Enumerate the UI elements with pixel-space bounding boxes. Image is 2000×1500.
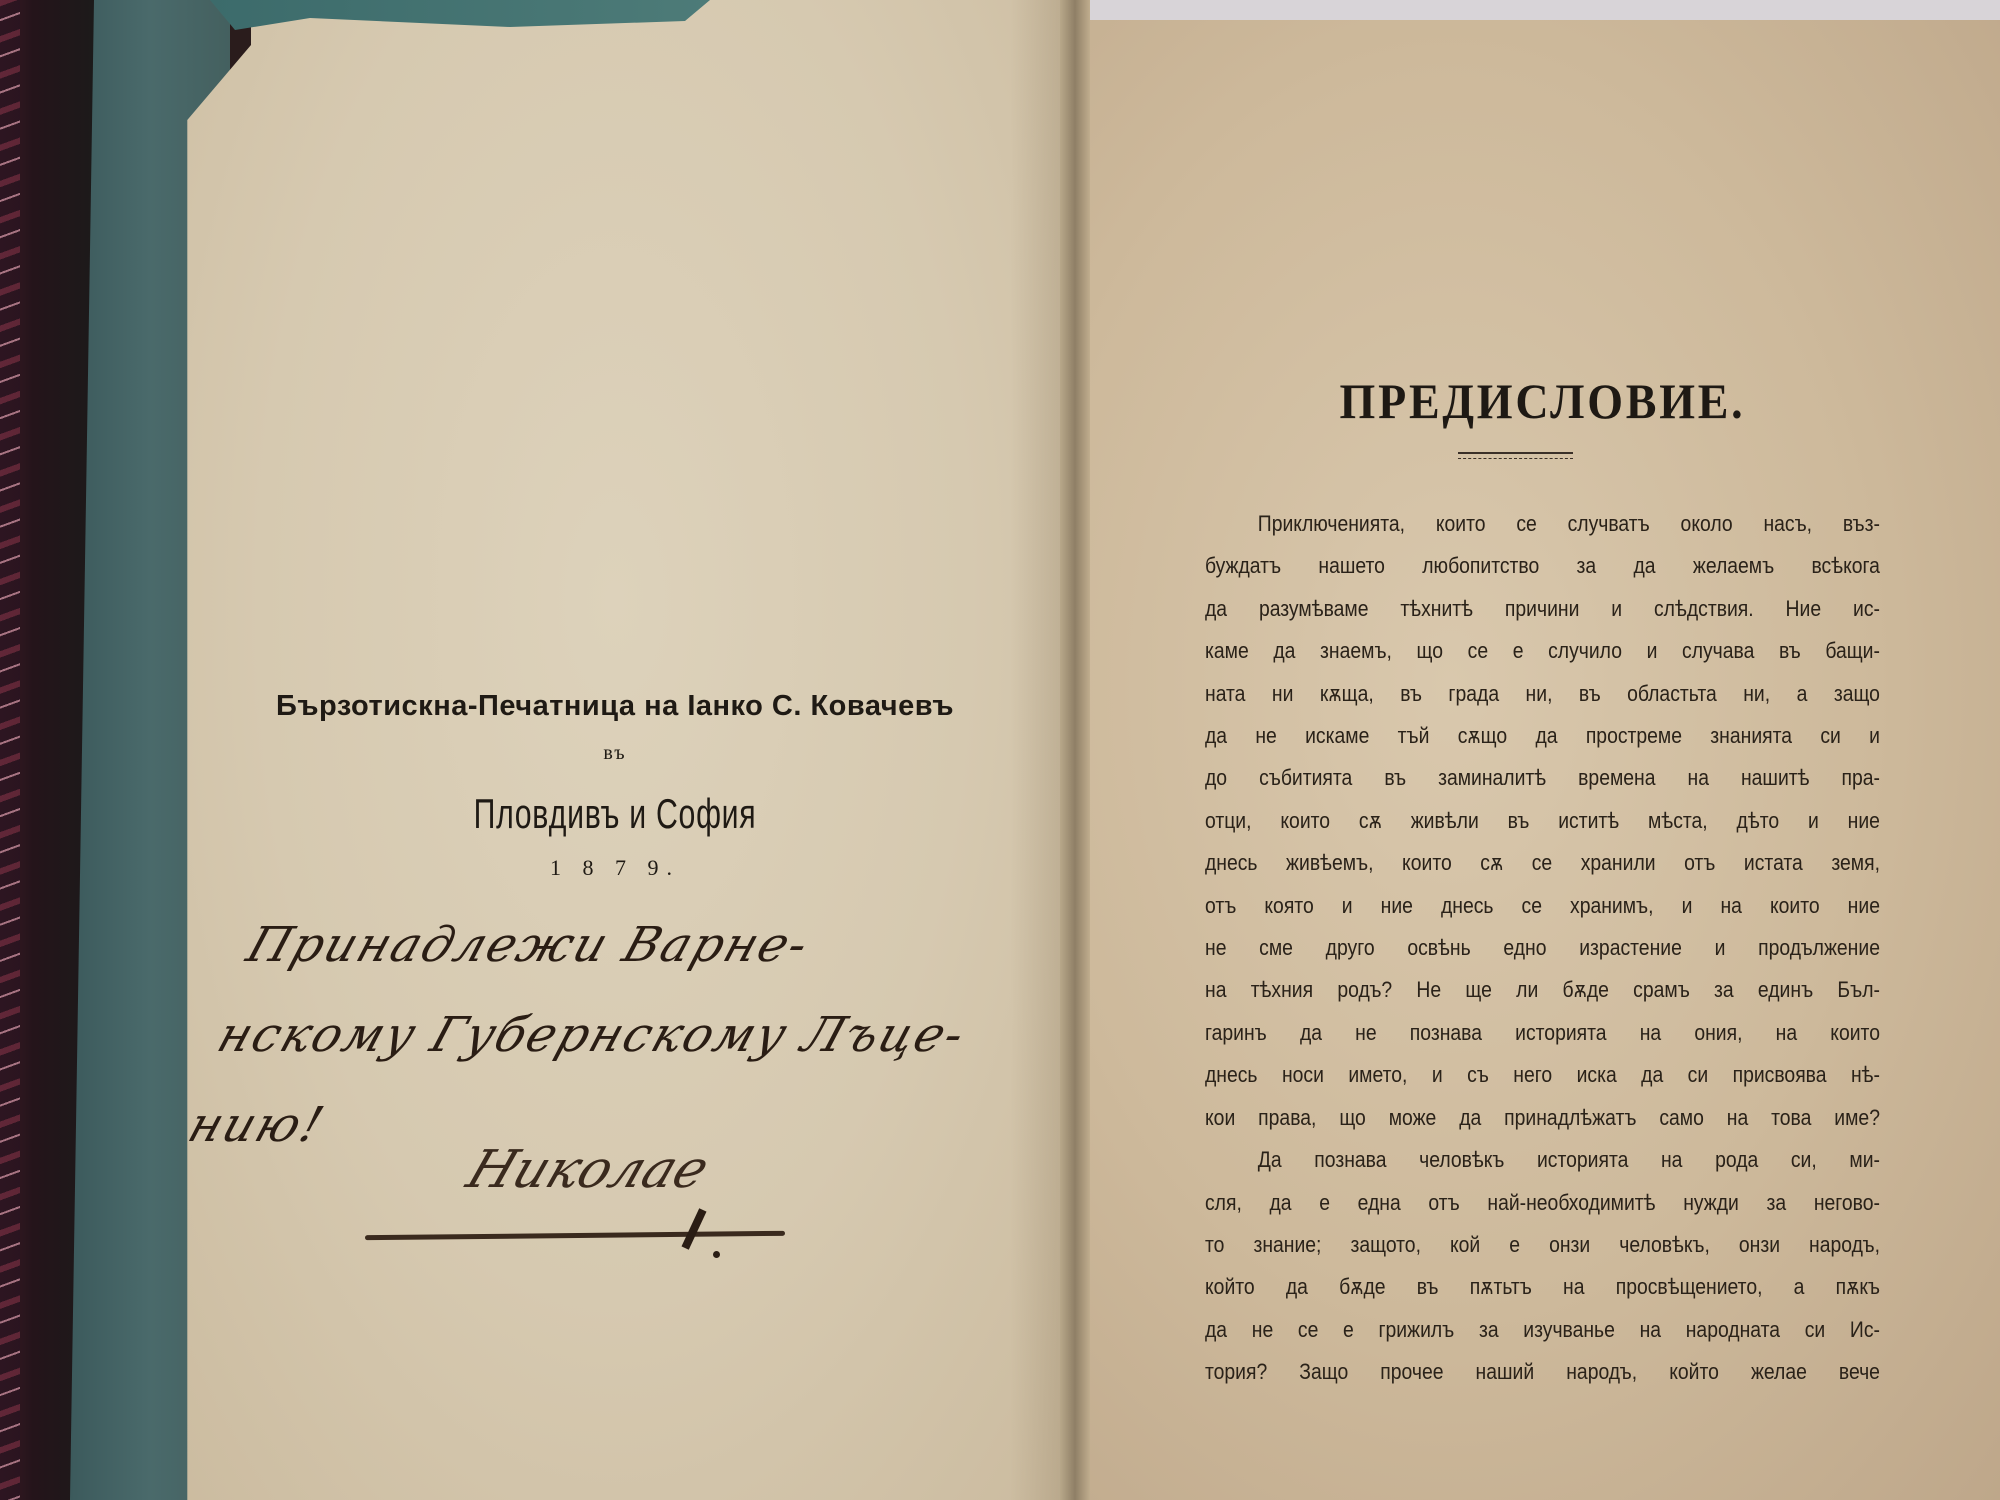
background-surface xyxy=(1085,0,2000,22)
preface-body: Приключенията, които се случватъ около н… xyxy=(1205,503,1799,1394)
text-line: не сме друго освѣнь едно израстение и пр… xyxy=(1205,927,1880,969)
text-line: Приключенията, които се случватъ около н… xyxy=(1205,503,1880,545)
text-line: на тѣхния родъ? Не ще ли бѫде срамъ за е… xyxy=(1205,969,1880,1011)
text-line: да разумѣваме тѣхнитѣ причини и слѣдстви… xyxy=(1205,588,1880,630)
signature: Николае xyxy=(459,1140,717,1200)
publication-year: 1 8 7 9. xyxy=(160,855,1070,881)
signature-dot xyxy=(713,1251,720,1258)
inscription-line: Принадлежи Варне- xyxy=(235,900,1124,990)
title-ornament xyxy=(1458,452,1573,459)
inscription-line: нскому Губернскому Лъце- xyxy=(205,990,1094,1080)
text-line: сля, да е една отъ най-необходимитѣ нужд… xyxy=(1205,1182,1880,1224)
publication-cities: Пловдивъ и София xyxy=(287,790,942,838)
preface-title: ПРЕДИСЛОВИЕ. xyxy=(1122,372,1964,430)
text-line: гаринъ да не познава историята на ония, … xyxy=(1205,1012,1880,1054)
text-line: ната ни кѫща, въ града ни, въ областьта … xyxy=(1205,673,1880,715)
text-line: то знание; защото, кой е онзи человѣкъ, … xyxy=(1205,1224,1880,1266)
handwritten-inscription: Принадлежи Варне- нскому Губернскому Лъц… xyxy=(176,900,1124,1170)
text-line: днесь носи името, и съ него иска да си п… xyxy=(1205,1054,1880,1096)
text-line: тория? Защо прочее наший народъ, който ж… xyxy=(1205,1351,1880,1393)
text-line: каме да знаемъ, що се е случило и случав… xyxy=(1205,630,1880,672)
text-line: който да бѫде въ пѫтьтъ на просвѣщението… xyxy=(1205,1266,1880,1308)
text-line: Да познава человѣкъ историята на рода си… xyxy=(1205,1139,1880,1181)
text-line: до събитията въ заминалитѣ времена на на… xyxy=(1205,757,1880,799)
text-line: днесь живѣемъ, които сѫ се хранили отъ и… xyxy=(1205,842,1880,884)
text-line: отъ която и ние днесь се хранимъ, и на к… xyxy=(1205,885,1880,927)
printer-name: Бързотискна-Печатница на Іанко С. Коваче… xyxy=(160,690,1070,723)
text-line: отци, които сѫ живѣли въ иститѣ мѣста, д… xyxy=(1205,800,1880,842)
text-line: кои права, що може да принадлѣжатъ само … xyxy=(1205,1097,1880,1139)
binding-pattern xyxy=(0,0,20,1500)
preposition: въ xyxy=(160,742,1070,765)
text-line: буждатъ нашето любопитство за да желаемъ… xyxy=(1205,545,1880,587)
text-line: да не се е грижилъ за изучванье на народ… xyxy=(1205,1309,1880,1351)
text-line: да не искаме тъй сѫщо да простреме знани… xyxy=(1205,715,1880,757)
